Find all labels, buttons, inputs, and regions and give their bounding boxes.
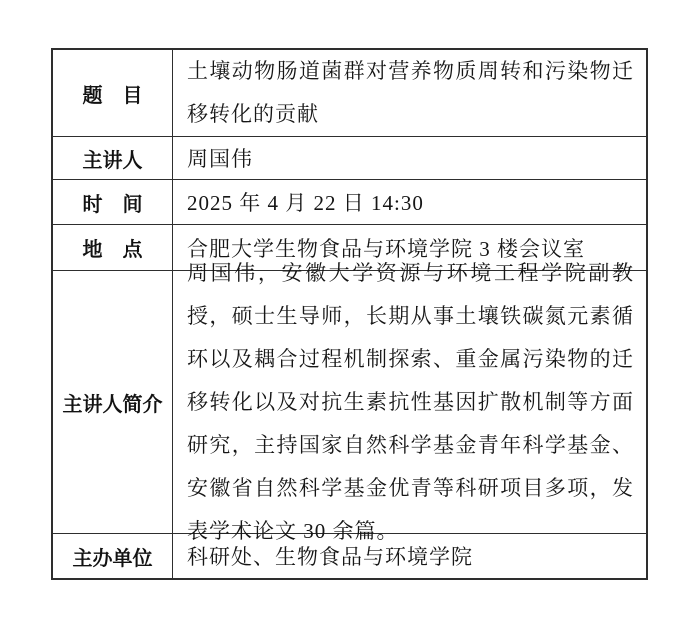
row-label-bio: 主讲人简介 — [53, 271, 173, 533]
seminar-notice-table: 题 目 土壤动物肠道菌群对营养物质周转和污染物迁移转化的贡献 主讲人 周国伟 时… — [51, 48, 648, 580]
time-text: 2025 年 4 月 22 日 14:30 — [187, 187, 634, 217]
row-value-title: 土壤动物肠道菌群对营养物质周转和污染物迁移转化的贡献 — [173, 50, 646, 136]
row-value-bio: 周国伟，安徽大学资源与环境工程学院副教授，硕士生导师，长期从事土壤铁碳氮元素循环… — [173, 271, 646, 533]
speaker-text: 周国伟 — [187, 143, 634, 173]
table-row-speaker: 主讲人 周国伟 — [53, 136, 646, 179]
row-label-title: 题 目 — [53, 50, 173, 136]
table-row-bio: 主讲人简介 周国伟，安徽大学资源与环境工程学院副教授，硕士生导师，长期从事土壤铁… — [53, 270, 646, 533]
row-label-time: 时 间 — [53, 180, 173, 224]
bio-text: 周国伟，安徽大学资源与环境工程学院副教授，硕士生导师，长期从事土壤铁碳氮元素循环… — [187, 252, 634, 553]
host-text: 科研处、生物食品与环境学院 — [187, 541, 634, 571]
row-label-place: 地 点 — [53, 225, 173, 270]
row-label-speaker: 主讲人 — [53, 137, 173, 179]
row-value-host: 科研处、生物食品与环境学院 — [173, 534, 646, 578]
row-value-speaker: 周国伟 — [173, 137, 646, 179]
table-row-host: 主办单位 科研处、生物食品与环境学院 — [53, 533, 646, 578]
row-label-host: 主办单位 — [53, 534, 173, 578]
title-text: 土壤动物肠道菌群对营养物质周转和污染物迁移转化的贡献 — [187, 50, 634, 136]
row-value-time: 2025 年 4 月 22 日 14:30 — [173, 180, 646, 224]
table-row-time: 时 间 2025 年 4 月 22 日 14:30 — [53, 179, 646, 224]
table-row-title: 题 目 土壤动物肠道菌群对营养物质周转和污染物迁移转化的贡献 — [53, 50, 646, 136]
